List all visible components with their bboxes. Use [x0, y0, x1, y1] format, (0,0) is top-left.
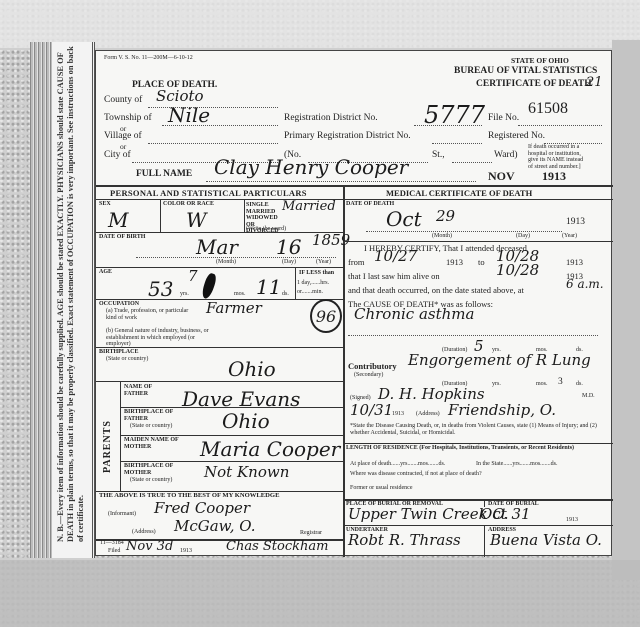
signed-year: 1913 [392, 411, 404, 418]
years-label: yrs. [492, 381, 501, 388]
occupation-value: Farmer [206, 299, 262, 317]
to-year: 1913 [566, 257, 583, 267]
month-caption: (Month) [432, 233, 452, 240]
city-label: City of [104, 150, 131, 160]
father-birthplace-hint: (State or country) [130, 423, 172, 430]
attended-from: 10/27 [374, 247, 417, 265]
death-time: 6 a.m. [566, 277, 604, 291]
footer-code: 11—3184 [100, 540, 124, 547]
burial-date-value: Oct 31 [480, 505, 531, 523]
birthplace-hint: (State or country) [106, 356, 148, 363]
where-contracted: Where was disease contracted, if not at … [350, 471, 500, 478]
residence-at-place: At place of death......yrs.......mos....… [350, 461, 445, 468]
md-label: M.D. [582, 393, 595, 400]
mother-birthplace-value: Not Known [204, 463, 289, 481]
years-label: yrs. [180, 291, 189, 298]
township-value: Nile [168, 103, 210, 127]
year-caption: (Year) [316, 259, 331, 266]
stamp-year: 1913 [542, 169, 566, 184]
residence-heading: LENGTH OF RESIDENCE (For Hospitals, Inst… [346, 445, 608, 452]
signed-date: 10/31 [350, 401, 393, 419]
mother-birthplace-hint: (State or country) [130, 477, 172, 484]
informant-address-value: McGaw, O. [174, 517, 255, 535]
state-label: STATE OF OHIO [511, 56, 569, 65]
ink-blot [200, 272, 218, 300]
medical-heading: MEDICAL CERTIFICATE OF DEATH [386, 188, 532, 198]
filed-label: Filed [108, 548, 120, 555]
registrar-label: Registrar [300, 530, 322, 537]
birthplace-label: BIRTHPLACE [99, 349, 138, 356]
race-label: COLOR OR RACE [163, 201, 214, 208]
certificate-title: CERTIFICATE OF DEATH [476, 79, 592, 89]
township-label: Township of [104, 113, 152, 123]
full-name-label: FULL NAME [136, 169, 192, 179]
informant-value: Fred Cooper [154, 499, 250, 517]
less-than-minutes: or.......min. [297, 289, 323, 296]
last-saw-label: that I last saw him alive on [348, 271, 440, 281]
birthplace-value: Ohio [228, 357, 276, 381]
dob-year: 1859 [312, 231, 350, 249]
occurred-text: and that death occurred, on the date sta… [348, 285, 524, 295]
days-label: ds. [576, 381, 583, 388]
file-number-label: File No. [488, 113, 519, 123]
year-caption: (Year) [562, 233, 577, 240]
occupation-b-label: (b) General nature of industry, business… [106, 328, 216, 348]
registration-district-label: Registration District No. [284, 113, 378, 123]
scan-top-margin [0, 0, 640, 48]
undertaker-value: Robt R. Thrass [348, 531, 461, 549]
occupation-a-label: (a) Trade, profession, or particular kin… [106, 308, 190, 321]
parents-label: PARENTS [102, 420, 113, 473]
residence-in-state: In the State......yrs.......mos.......ds… [476, 461, 558, 468]
death-year: 1913 [566, 217, 585, 227]
filed-date: Nov 3d [126, 539, 173, 554]
from-label: from [348, 257, 365, 267]
less-than-hours: 1 day,......hrs. [297, 280, 329, 287]
torn-edge [30, 42, 52, 558]
death-day: 29 [436, 207, 455, 225]
informant-address-label: (Address) [132, 529, 156, 536]
months-label: mos. [536, 381, 548, 388]
cause-value: Chronic asthma [354, 305, 474, 323]
dob-label: DATE OF BIRTH [99, 234, 145, 241]
marital-value: Married [282, 199, 336, 214]
full-name-value: Clay Henry Cooper [214, 155, 408, 179]
personal-heading: PERSONAL AND STATISTICAL PARTICULARS [110, 188, 307, 198]
contributory-label: Contributory [348, 361, 397, 371]
left-binding-strip: N. B.—Every item of information should b… [30, 42, 95, 558]
physician-address-label: (Address) [416, 411, 440, 418]
circled-code: 96 [310, 299, 342, 333]
informant-label: (Informant) [108, 511, 136, 518]
physician-address: Friendship, O. [448, 401, 556, 419]
day-caption: (Day) [516, 233, 530, 240]
instructions-note: N. B.—Every item of information should b… [56, 42, 86, 542]
age-days: 11 [256, 275, 281, 299]
sex-label: SEX [99, 201, 111, 208]
primary-registration-label: Primary Registration District No. [284, 131, 411, 141]
hospital-note: If death occurred in a hospital or insti… [528, 144, 588, 170]
death-month: Oct [386, 207, 422, 231]
less-than-label: IF LESS than [299, 270, 334, 277]
bureau-label: BUREAU OF VITAL STATISTICS [454, 66, 597, 76]
mother-name-label: MAIDEN NAME OF MOTHER [124, 437, 184, 450]
sex-value: M [108, 208, 128, 232]
burial-year: 1913 [566, 517, 578, 524]
title-mark: 21 [586, 75, 603, 90]
race-value: W [186, 208, 207, 232]
filed-year: 1913 [180, 548, 192, 555]
village-label: Village of [104, 131, 142, 141]
last-saw-value: 10/28 [496, 261, 539, 279]
to-label: to [478, 257, 485, 267]
age-years: 53 [148, 277, 173, 301]
dob-day: 16 [276, 235, 301, 259]
stamp-month: NOV [488, 169, 515, 184]
former-residence: Former or usual residence [350, 485, 500, 492]
registered-number-label: Registered No. [488, 131, 545, 141]
dob-month: Mar [196, 235, 238, 259]
scan-bottom-margin [0, 560, 640, 627]
county-label: County of [104, 95, 142, 105]
contrib-duration-days: 3 [558, 377, 563, 387]
file-number-value: 61508 [528, 100, 568, 118]
form-number: Form V. S. No. 11—200M—6-10-12 [104, 55, 193, 62]
month-caption: (Month) [216, 259, 236, 266]
scan-right-margin [612, 40, 640, 580]
mother-name-value: Maria Cooper [200, 437, 340, 461]
ward-label: Ward) [494, 150, 518, 160]
cause-footnote: *State the Disease Causing Death, or, in… [350, 423, 608, 436]
months-label: mos. [234, 291, 246, 298]
occupation-label: OCCUPATION [99, 301, 139, 308]
death-certificate-form: Form V. S. No. 11—200M—6-10-12 STATE OF … [95, 50, 612, 556]
contributory-value: Engorgement of R Lung [408, 351, 591, 369]
from-year: 1913 [446, 257, 463, 267]
secondary-label: (Secondary) [354, 372, 383, 379]
age-label: AGE [99, 269, 112, 276]
father-name-label: NAME OF FATHER [124, 384, 176, 397]
registration-district-value: 5777 [424, 101, 485, 129]
father-birthplace-label: BIRTHPLACE OF FATHER [124, 409, 184, 422]
father-birthplace-value: Ohio [222, 409, 270, 433]
registrar-signature: Chas Stockham [226, 539, 328, 554]
street-label: St., [432, 150, 445, 160]
day-caption: (Day) [282, 259, 296, 266]
mother-birthplace-label: BIRTHPLACE OF MOTHER [124, 463, 184, 476]
age-months: 7 [188, 267, 198, 285]
undertaker-address-value: Buena Vista O. [490, 531, 602, 549]
days-label: ds. [282, 291, 289, 298]
